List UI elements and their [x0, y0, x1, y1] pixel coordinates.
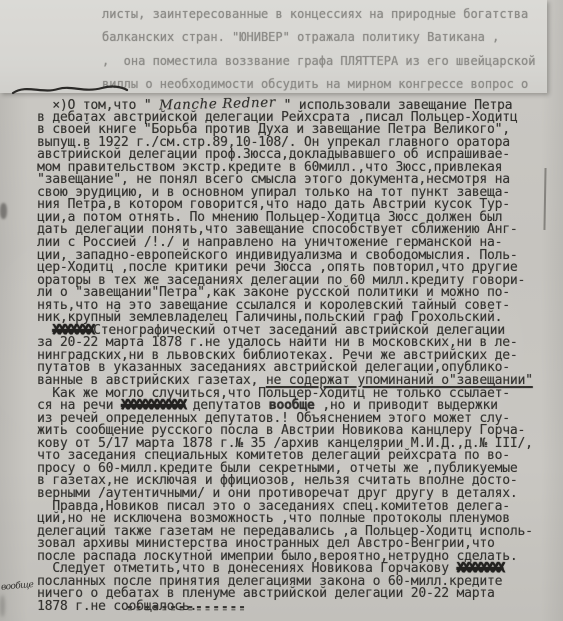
scanned-document-page: листы, заинтересованные в концессиях на … — [0, 0, 563, 621]
text-line: 1878 г.не сообщалось. — [37, 601, 552, 614]
text-segment: листы, заинтересованные в концессиях на … — [102, 7, 528, 21]
text-line: виллы о необходимости обсудить на мирном… — [102, 73, 557, 96]
text-segment: виллы о необходимости обсудить на мирном… — [102, 77, 528, 91]
handwritten-wavy-stroke-annotation — [10, 81, 130, 99]
scan-smudge — [0, 203, 7, 219]
scan-smudge — [0, 595, 5, 617]
footnote-text-block: ×)О том,что " Manche Redner " использова… — [37, 99, 552, 613]
handwritten-inline-text: Manche Redner — [159, 96, 276, 112]
text-line: , она поместила воззвание графа ПЛЯТТЕРА… — [102, 50, 557, 73]
text-line: листы, заинтересованные в концессиях на … — [102, 3, 557, 26]
text-segment: балканских стран. "ЮНИВЕР" отражала поли… — [102, 30, 499, 44]
text-segment: , она поместила воззвание графа ПЛЯТТЕРА… — [102, 54, 535, 68]
text-line: балканских стран. "ЮНИВЕР" отражала поли… — [102, 26, 557, 49]
handwritten-margin-note: вообще — [1, 579, 42, 592]
top-fragment-text-block: листы, заинтересованные в концессиях на … — [102, 3, 557, 97]
end-dashed-rule: -------------- — [126, 600, 247, 615]
